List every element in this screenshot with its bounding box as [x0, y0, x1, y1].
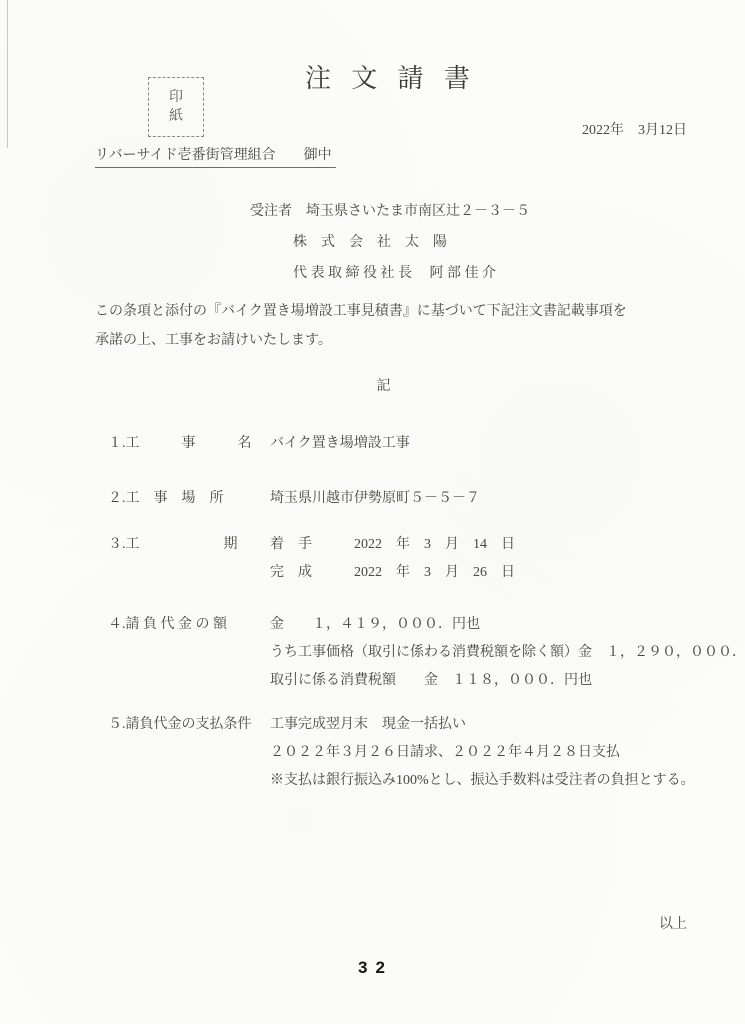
item-value-line-tax: 取引に係る消費税額 金 １１８，０００．円也	[270, 667, 745, 695]
document-page: 注文請書 印 紙 2022年 3月12日 リバーサイド壱番街管理組合 御中 受注…	[0, 0, 745, 1024]
item-label: ５.請負代金の支払条件	[108, 711, 270, 739]
document-date: 2022年 3月12日	[582, 119, 687, 139]
revenue-stamp-box: 印 紙	[148, 77, 204, 137]
scan-edge-artifact	[7, 0, 8, 148]
item-label: ３.工 期	[108, 531, 270, 559]
contractor-block: 受注者埼玉県さいたま市南区辻２－３－５ 株 式 会 社 太 陽 代 表 取 締 …	[250, 196, 530, 289]
item-construction-name: １.工 事 名 バイク置き場増設工事	[108, 430, 410, 458]
item-value-line-total: 金 １，４１９，０００．円也	[270, 611, 745, 639]
item-construction-period: ３.工 期 着 手 2022 年 3 月 14 日 完 成 2022 年 3 月…	[108, 531, 515, 587]
body-paragraph: この条項と添付の『バイク置き場増設工事見積書』に基づいて下記注文書記載事項を 承…	[95, 297, 627, 355]
contractor-representative: 代 表 取 締 役 社 長 阿 部 佳 介	[293, 258, 530, 289]
stamp-label-line2: 紙	[169, 107, 183, 126]
item-value: 金 １，４１９，０００．円也 うち工事価格（取引に係わる消費税額を除く額）金 １…	[270, 611, 745, 695]
item-contract-amount: ４.請 負 代 金 の 額 金 １，４１９，０００．円也 うち工事価格（取引に係…	[108, 611, 745, 695]
item-value-line-note: ※支払は銀行振込み100%とし、振込手数料は受注者の負担とする。	[270, 767, 695, 795]
item-value-line: バイク置き場増設工事	[270, 430, 410, 458]
item-value-line-price: うち工事価格（取引に係わる消費税額を除く額）金 １，２９０，０００．円也	[270, 639, 745, 667]
document-title: 注文請書	[305, 58, 490, 95]
contractor-label: 受注者	[250, 204, 292, 219]
item-construction-site: ２.工 事 場 所 埼玉県川越市伊勢原町５－５－７	[108, 485, 480, 513]
item-payment-terms: ５.請負代金の支払条件 工事完成翌月末 現金一括払い ２０２２年３月２６日請求、…	[108, 711, 695, 795]
contractor-company: 株 式 会 社 太 陽	[293, 227, 530, 258]
contractor-address-line: 受注者埼玉県さいたま市南区辻２－３－５	[250, 196, 530, 227]
item-value-line-dates: ２０２２年３月２６日請求、２０２２年４月２８日支払	[270, 739, 695, 767]
item-label: １.工 事 名	[108, 430, 270, 458]
item-value: 着 手 2022 年 3 月 14 日 完 成 2022 年 3 月 26 日	[270, 531, 515, 587]
closing-mark: 以上	[659, 913, 687, 933]
item-value-line-terms: 工事完成翌月末 現金一括払い	[270, 711, 695, 739]
item-value: 埼玉県川越市伊勢原町５－５－７	[270, 485, 480, 513]
record-mark: 記	[0, 375, 745, 395]
item-label: ２.工 事 場 所	[108, 485, 270, 513]
body-line-2: 承諾の上、工事をお請けいたします。	[95, 326, 627, 355]
item-label: ４.請 負 代 金 の 額	[108, 611, 270, 639]
contractor-address: 埼玉県さいたま市南区辻２－３－５	[306, 204, 530, 219]
item-value: 工事完成翌月末 現金一括払い ２０２２年３月２６日請求、２０２２年４月２８日支払…	[270, 711, 695, 795]
item-value-line: 埼玉県川越市伊勢原町５－５－７	[270, 485, 480, 513]
body-line-1: この条項と添付の『バイク置き場増設工事見積書』に基づいて下記注文書記載事項を	[95, 297, 627, 326]
page-number: 32	[0, 958, 745, 978]
stamp-label-line1: 印	[169, 88, 183, 107]
addressee: リバーサイド壱番街管理組合 御中	[95, 144, 336, 168]
item-value-line-start: 着 手 2022 年 3 月 14 日	[270, 531, 515, 559]
item-value-line-completion: 完 成 2022 年 3 月 26 日	[270, 559, 515, 587]
item-value: バイク置き場増設工事	[270, 430, 410, 458]
